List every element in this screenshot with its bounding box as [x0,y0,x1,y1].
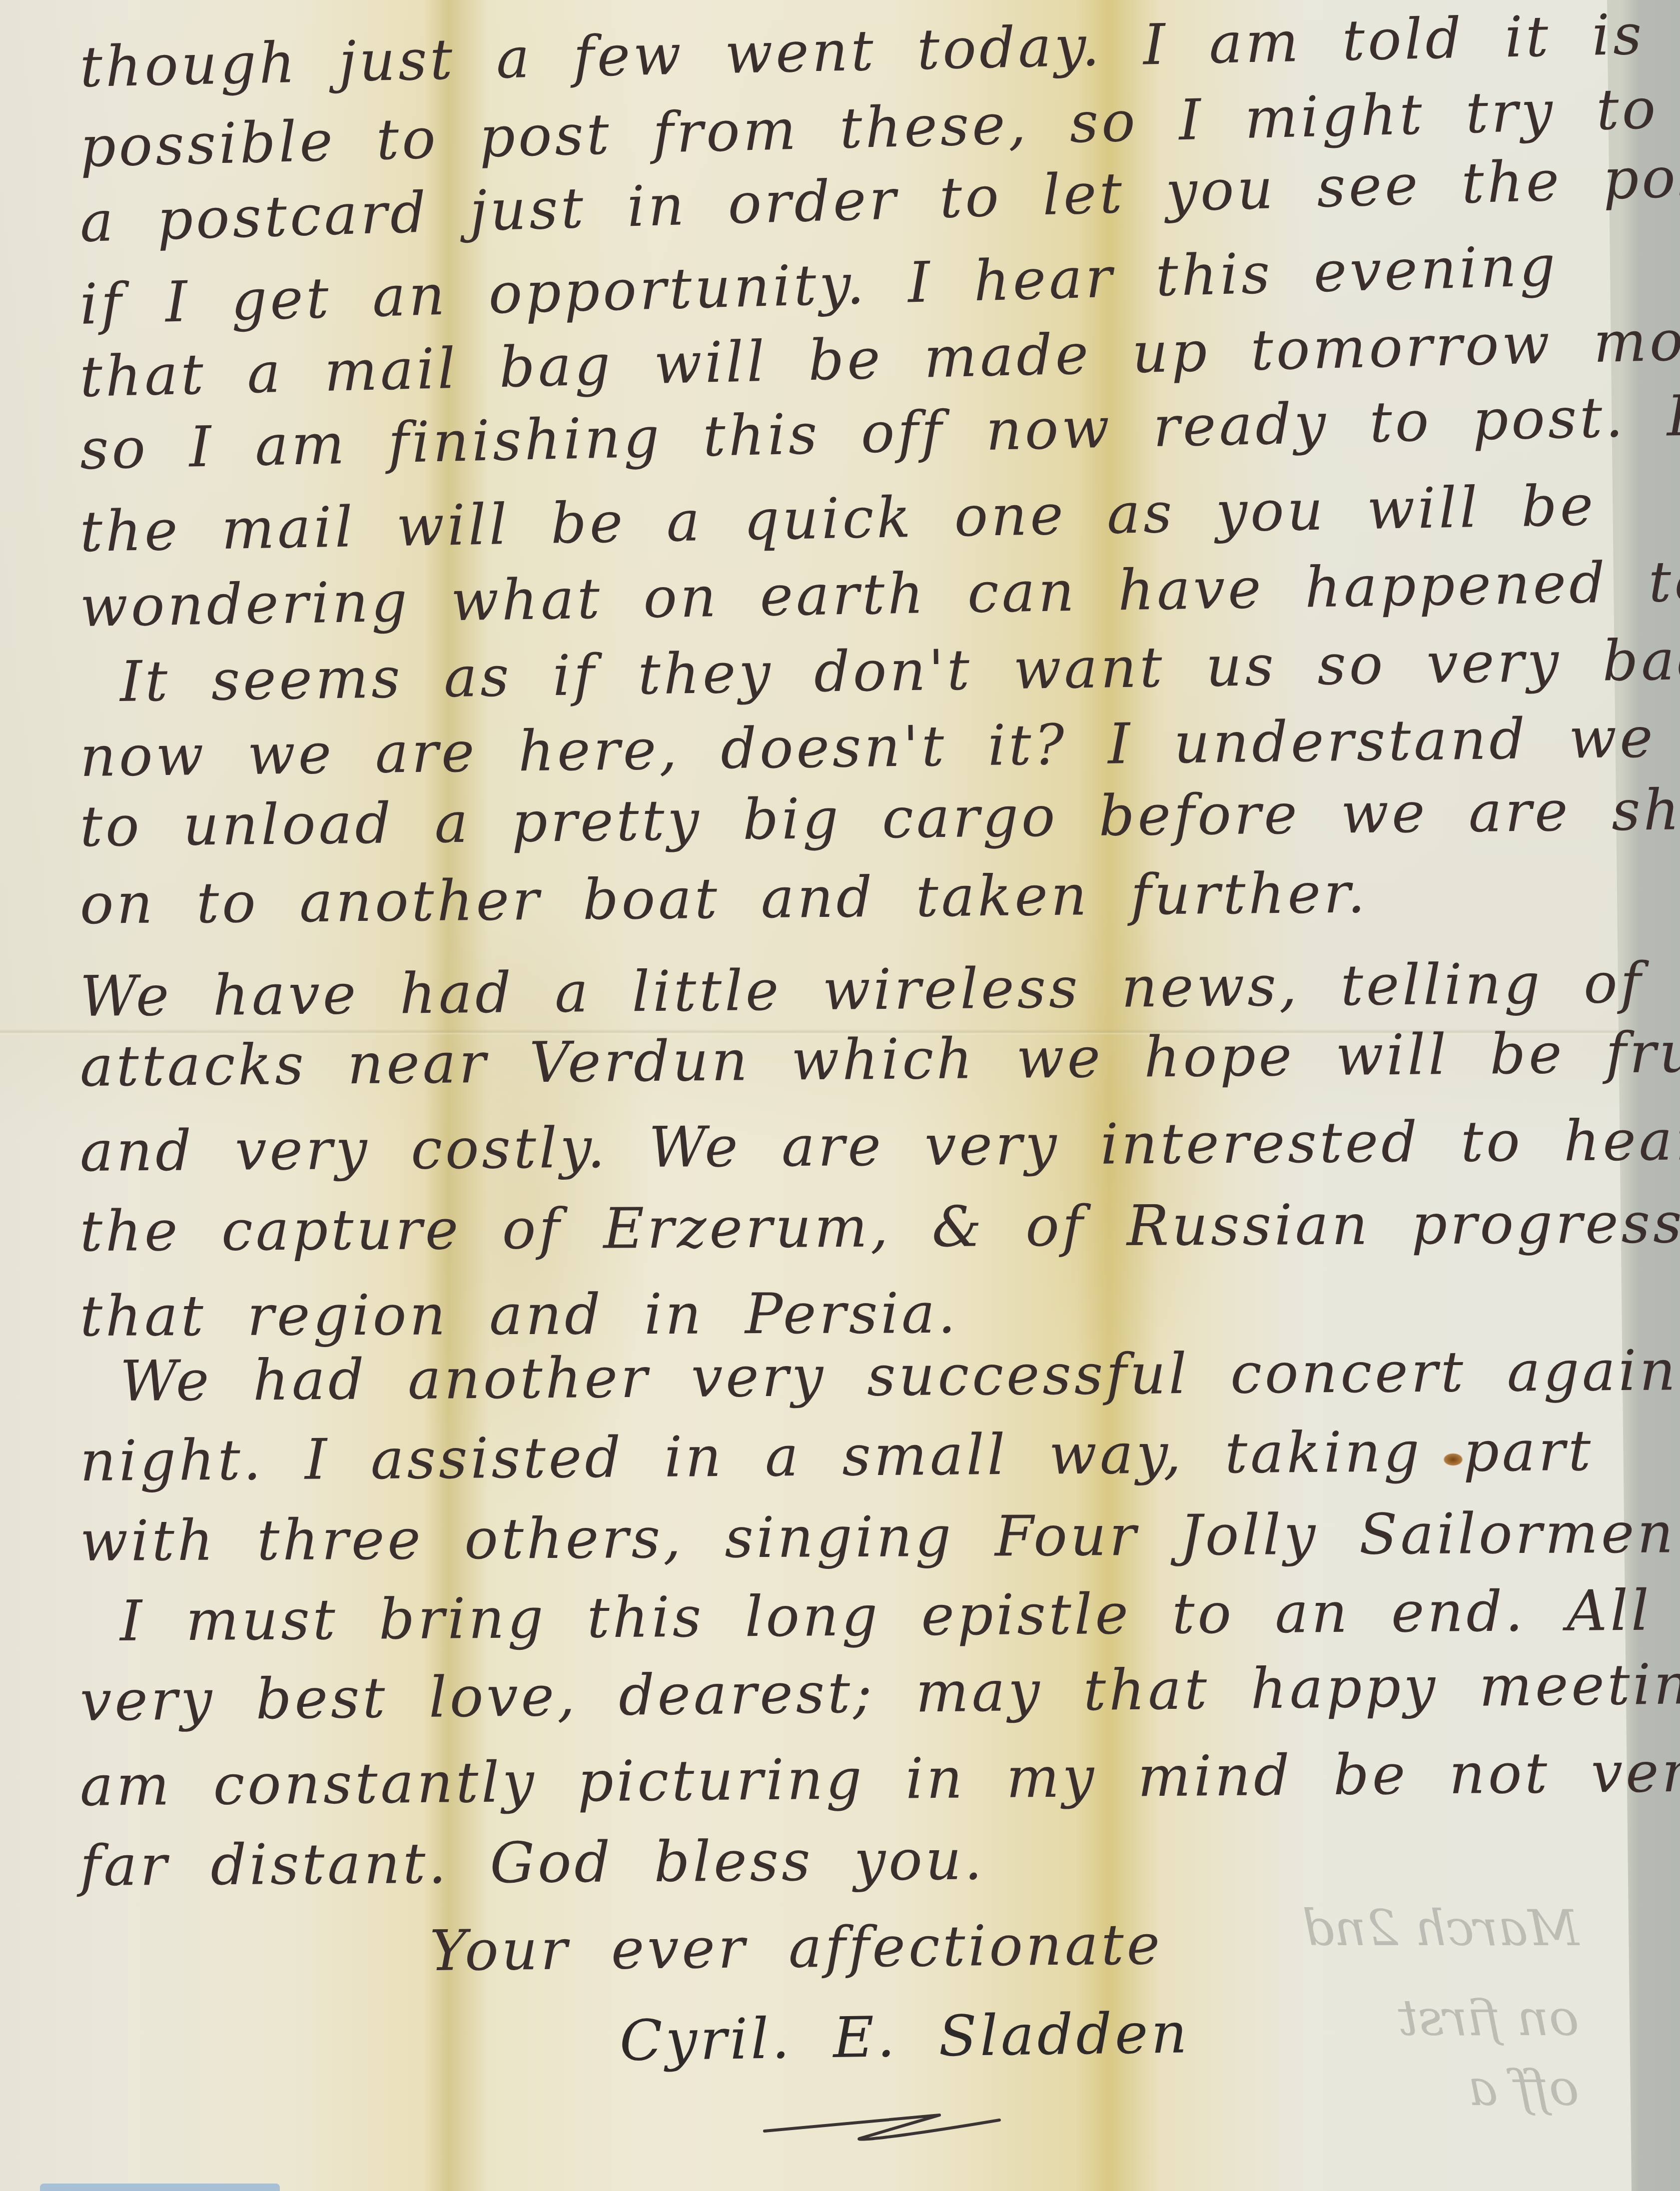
letter-line: night. I assisted in a small way, taking… [80,1419,1594,1494]
letter-line: and very costly. We are very interested … [80,1107,1680,1184]
bleed-through-text: on first [1398,1989,1579,2047]
bleed-through-text: March 2nd [1302,1899,1579,1957]
bleed-through-text: off a [1468,2059,1579,2117]
document-photo: March 2nd on first off a though just a f… [0,0,1680,2191]
letter-line: that region and in Persia. [80,1281,959,1349]
ink-stain [1443,1453,1463,1466]
letter-closing: Your ever affectionate [429,1912,1163,1984]
letter-line: far distant. God bless you. [80,1827,985,1899]
background-object [40,2184,280,2191]
letter-line: am constantly picturing in my mind be no… [79,1739,1680,1819]
letter-signature: Cyril. E. Sladden [619,2001,1190,2074]
signature-flourish [760,2111,1039,2146]
letter-line: I must bring this long epistle to an end… [120,1577,1680,1654]
letter-line: with three others, singing Four Jolly Sa… [80,1500,1680,1574]
letter-line: on to another boat and taken further. [79,861,1368,937]
letter-line: the capture of Erzerum, & of Russian pro… [80,1190,1680,1264]
letter-line: We had another very successful concert a… [120,1337,1680,1414]
